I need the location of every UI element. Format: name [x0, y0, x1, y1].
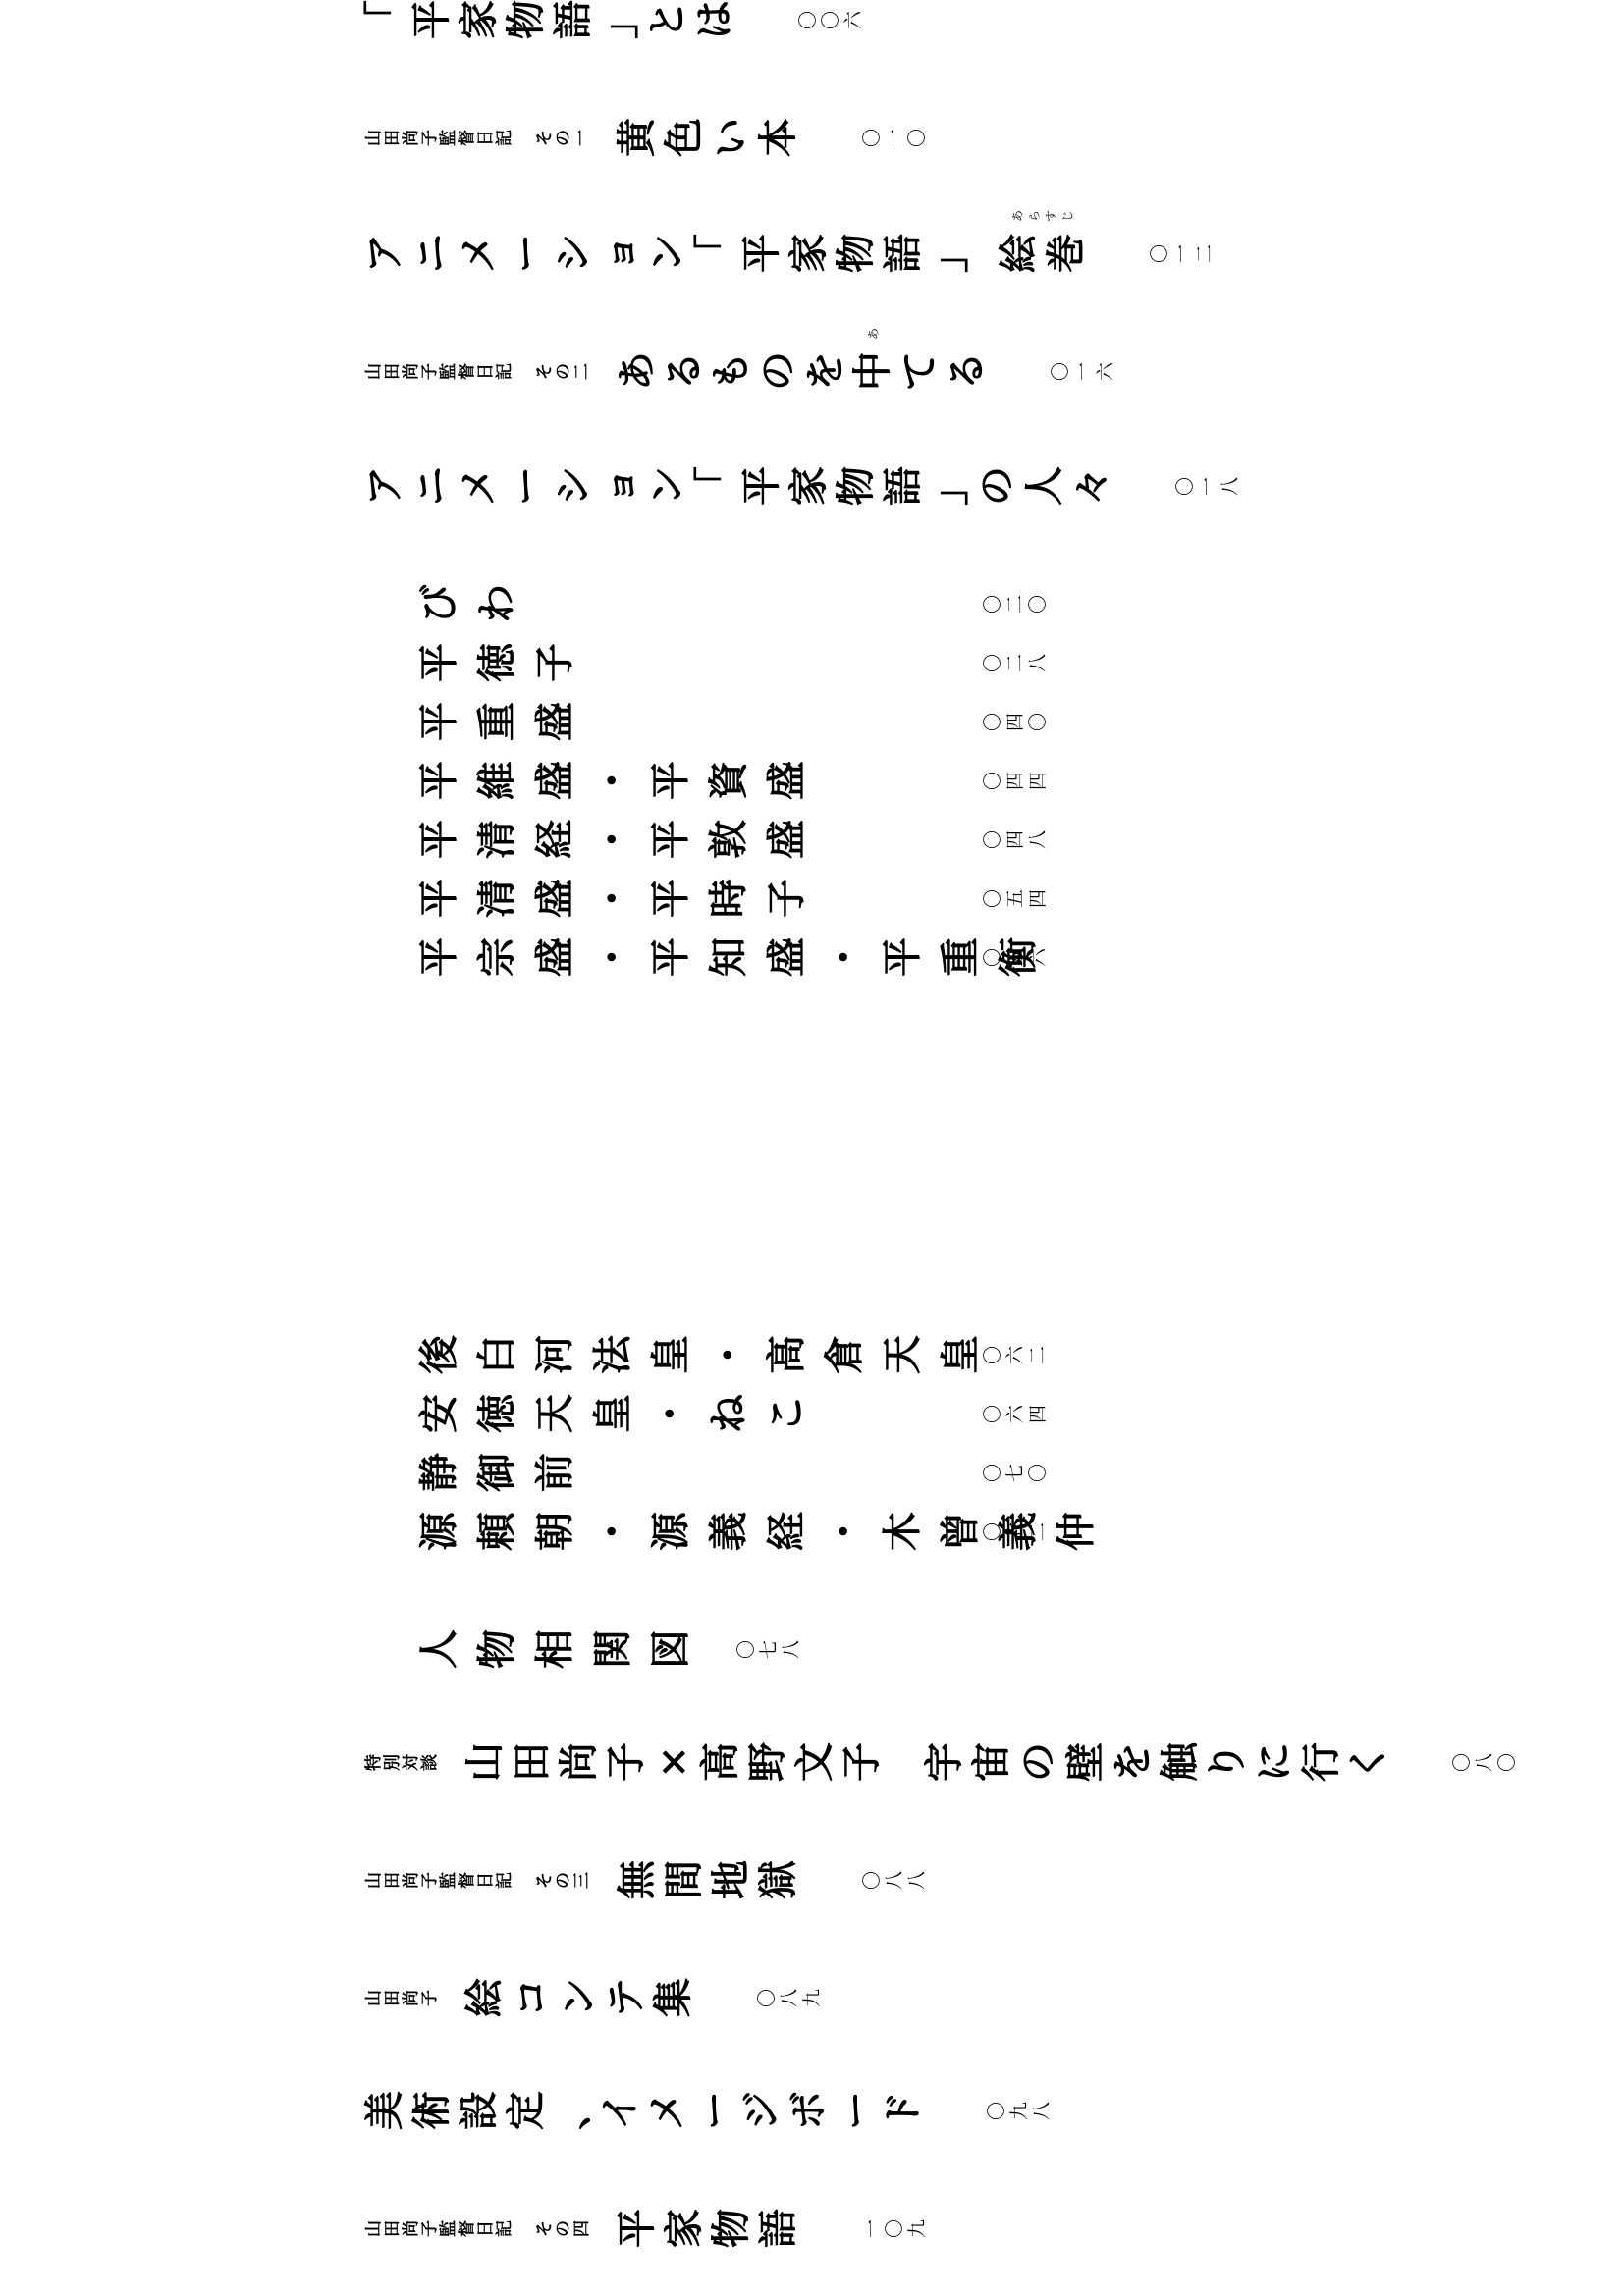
character-name: びわ — [410, 580, 526, 627]
entry-part: その二 — [536, 362, 592, 381]
page-number: 〇八〇 — [1451, 1751, 1519, 1774]
toc-entry-intro[interactable]: 「平家物語」とは 〇〇六 — [361, 0, 865, 43]
page-number: 〇七二 — [982, 1521, 1050, 1543]
entry-prefix: 山田尚子監督日記 — [365, 1871, 514, 1890]
entry-part: その四 — [536, 2219, 592, 2238]
entry-part: その一 — [536, 129, 592, 147]
toc-entry-diary-4[interactable]: 山田尚子監督日記 その四 平家物語 一〇九 — [365, 2205, 929, 2252]
entry-title-kanji: 中 — [849, 347, 896, 395]
character-name: 平宗盛・平知盛・平重衡 — [410, 934, 1048, 981]
page-number: 〇七〇 — [982, 1462, 1050, 1484]
entry-title-2: 絵巻 — [996, 230, 1090, 277]
page-number: 〇四四 — [982, 770, 1050, 792]
toc-entry-character[interactable]: 平維盛・平資盛〇四四 — [410, 757, 816, 804]
page-number: 〇六二 — [982, 1344, 1050, 1366]
page-number: 〇五六 — [982, 946, 1050, 969]
character-name: 平清盛・平時子 — [410, 875, 816, 922]
ruby-text: あらすじ — [996, 210, 1090, 222]
page-number: 〇二八 — [982, 652, 1050, 674]
entry-prefix: アニメーション — [361, 462, 691, 509]
character-name: 平重盛 — [410, 698, 584, 745]
entry-title: あるものを — [614, 347, 849, 395]
page-number: 〇八九 — [756, 1987, 824, 2009]
page-number: 一〇九 — [861, 2217, 929, 2240]
entry-title: 「平家物語」とは — [361, 0, 738, 43]
page-number: 〇一六 — [1050, 360, 1117, 383]
entry-title-end: てる — [896, 347, 991, 395]
entry-title: 「平家物語」の人々 — [691, 462, 1115, 509]
toc-entry-character[interactable]: 後白河法皇・高倉天皇〇六二 — [410, 1331, 990, 1378]
toc-entry-anime-people[interactable]: アニメーション 「平家物語」の人々 〇一八 — [361, 462, 1242, 509]
toc-entry-character[interactable]: 平徳子〇二八 — [410, 639, 584, 686]
toc-entry-diary-2[interactable]: 山田尚子監督日記 その二 あるものを あ 中 てる 〇一六 — [365, 347, 1117, 395]
page-number: 〇四〇 — [982, 711, 1050, 733]
character-name: 後白河法皇・高倉天皇 — [410, 1331, 990, 1378]
character-name: 平清経・平敦盛 — [410, 816, 816, 863]
entry-prefix: 特別対談 — [365, 1753, 440, 1772]
entry-title: 平家物語 — [614, 2205, 802, 2252]
character-name: 静御前 — [410, 1449, 584, 1496]
toc-entry-character[interactable]: 平清経・平敦盛〇四八 — [410, 816, 816, 863]
entry-title: 人物相関図 — [410, 1626, 700, 1673]
toc-entry-diary-3[interactable]: 山田尚子監督日記 その三 無間地獄 〇八八 — [365, 1856, 929, 1903]
toc-entry-character[interactable]: 源頼朝・源義経・木曾義仲〇七二 — [410, 1508, 1106, 1555]
page-number: 〇二〇 — [982, 593, 1050, 615]
page-number: 〇〇六 — [797, 9, 865, 31]
page-number: 〇六四 — [982, 1403, 1050, 1425]
entry-title: 「平家物語」 — [691, 230, 974, 277]
entry-title: 美術設定、イメージボード — [361, 2087, 927, 2134]
entry-title: 絵コンテ集 — [461, 1974, 697, 2021]
page-number: 〇一二 — [1149, 242, 1217, 265]
toc-entry-character[interactable]: 平重盛〇四〇 — [410, 698, 584, 745]
entry-prefix: アニメーション — [361, 230, 691, 277]
toc-entry-art-settings[interactable]: 美術設定、イメージボード 〇九八 — [361, 2087, 1054, 2134]
page-number: 〇一八 — [1174, 475, 1242, 498]
toc-entry-character[interactable]: 静御前〇七〇 — [410, 1449, 584, 1496]
page-number: 〇七八 — [735, 1638, 803, 1661]
page-number: 〇五四 — [982, 887, 1050, 910]
entry-prefix: 山田尚子 — [365, 1989, 440, 2007]
entry-prefix: 山田尚子監督日記 — [365, 129, 514, 147]
toc-entry-character[interactable]: 平清盛・平時子〇五四 — [410, 875, 816, 922]
page-number: 〇九八 — [986, 2100, 1054, 2122]
character-name: 平維盛・平資盛 — [410, 757, 816, 804]
entry-title: 黄色い本 — [614, 114, 802, 161]
page-number: 〇四八 — [982, 828, 1050, 851]
entry-prefix: 山田尚子監督日記 — [365, 2219, 514, 2238]
toc-entry-anime-synopsis[interactable]: アニメーション 「平家物語」 あらすじ 絵巻 〇一二 — [361, 230, 1217, 277]
ruby-group: あらすじ 絵巻 — [996, 230, 1090, 277]
character-name: 平徳子 — [410, 639, 584, 686]
entry-title: 宇宙の壁を触りに行く — [921, 1738, 1392, 1786]
character-name: 安徳天皇・ねこ — [410, 1390, 816, 1437]
toc-entry-character[interactable]: びわ〇二〇 — [410, 580, 526, 627]
toc-entry-relationship-chart[interactable]: 人物相関図 〇七八 — [410, 1626, 803, 1673]
entry-speakers: 山田尚子×高野文子 — [461, 1738, 886, 1786]
ruby-group: あ 中 — [849, 347, 896, 395]
ruby-text: あ — [849, 328, 896, 340]
entry-prefix: 山田尚子監督日記 — [365, 362, 514, 381]
toc-entry-character[interactable]: 安徳天皇・ねこ〇六四 — [410, 1390, 816, 1437]
toc-entry-storyboards[interactable]: 山田尚子 絵コンテ集 〇八九 — [365, 1974, 824, 2021]
entry-title: 無間地獄 — [614, 1856, 802, 1903]
page-number: 〇一〇 — [861, 127, 929, 149]
entry-part: その三 — [536, 1871, 592, 1890]
toc-entry-character[interactable]: 平宗盛・平知盛・平重衡〇五六 — [410, 934, 1048, 981]
toc-entry-diary-1[interactable]: 山田尚子監督日記 その一 黄色い本 〇一〇 — [365, 114, 929, 161]
page-number: 〇八八 — [861, 1869, 929, 1892]
toc-entry-special-talk[interactable]: 特別対談 山田尚子×高野文子 宇宙の壁を触りに行く 〇八〇 — [365, 1738, 1519, 1786]
